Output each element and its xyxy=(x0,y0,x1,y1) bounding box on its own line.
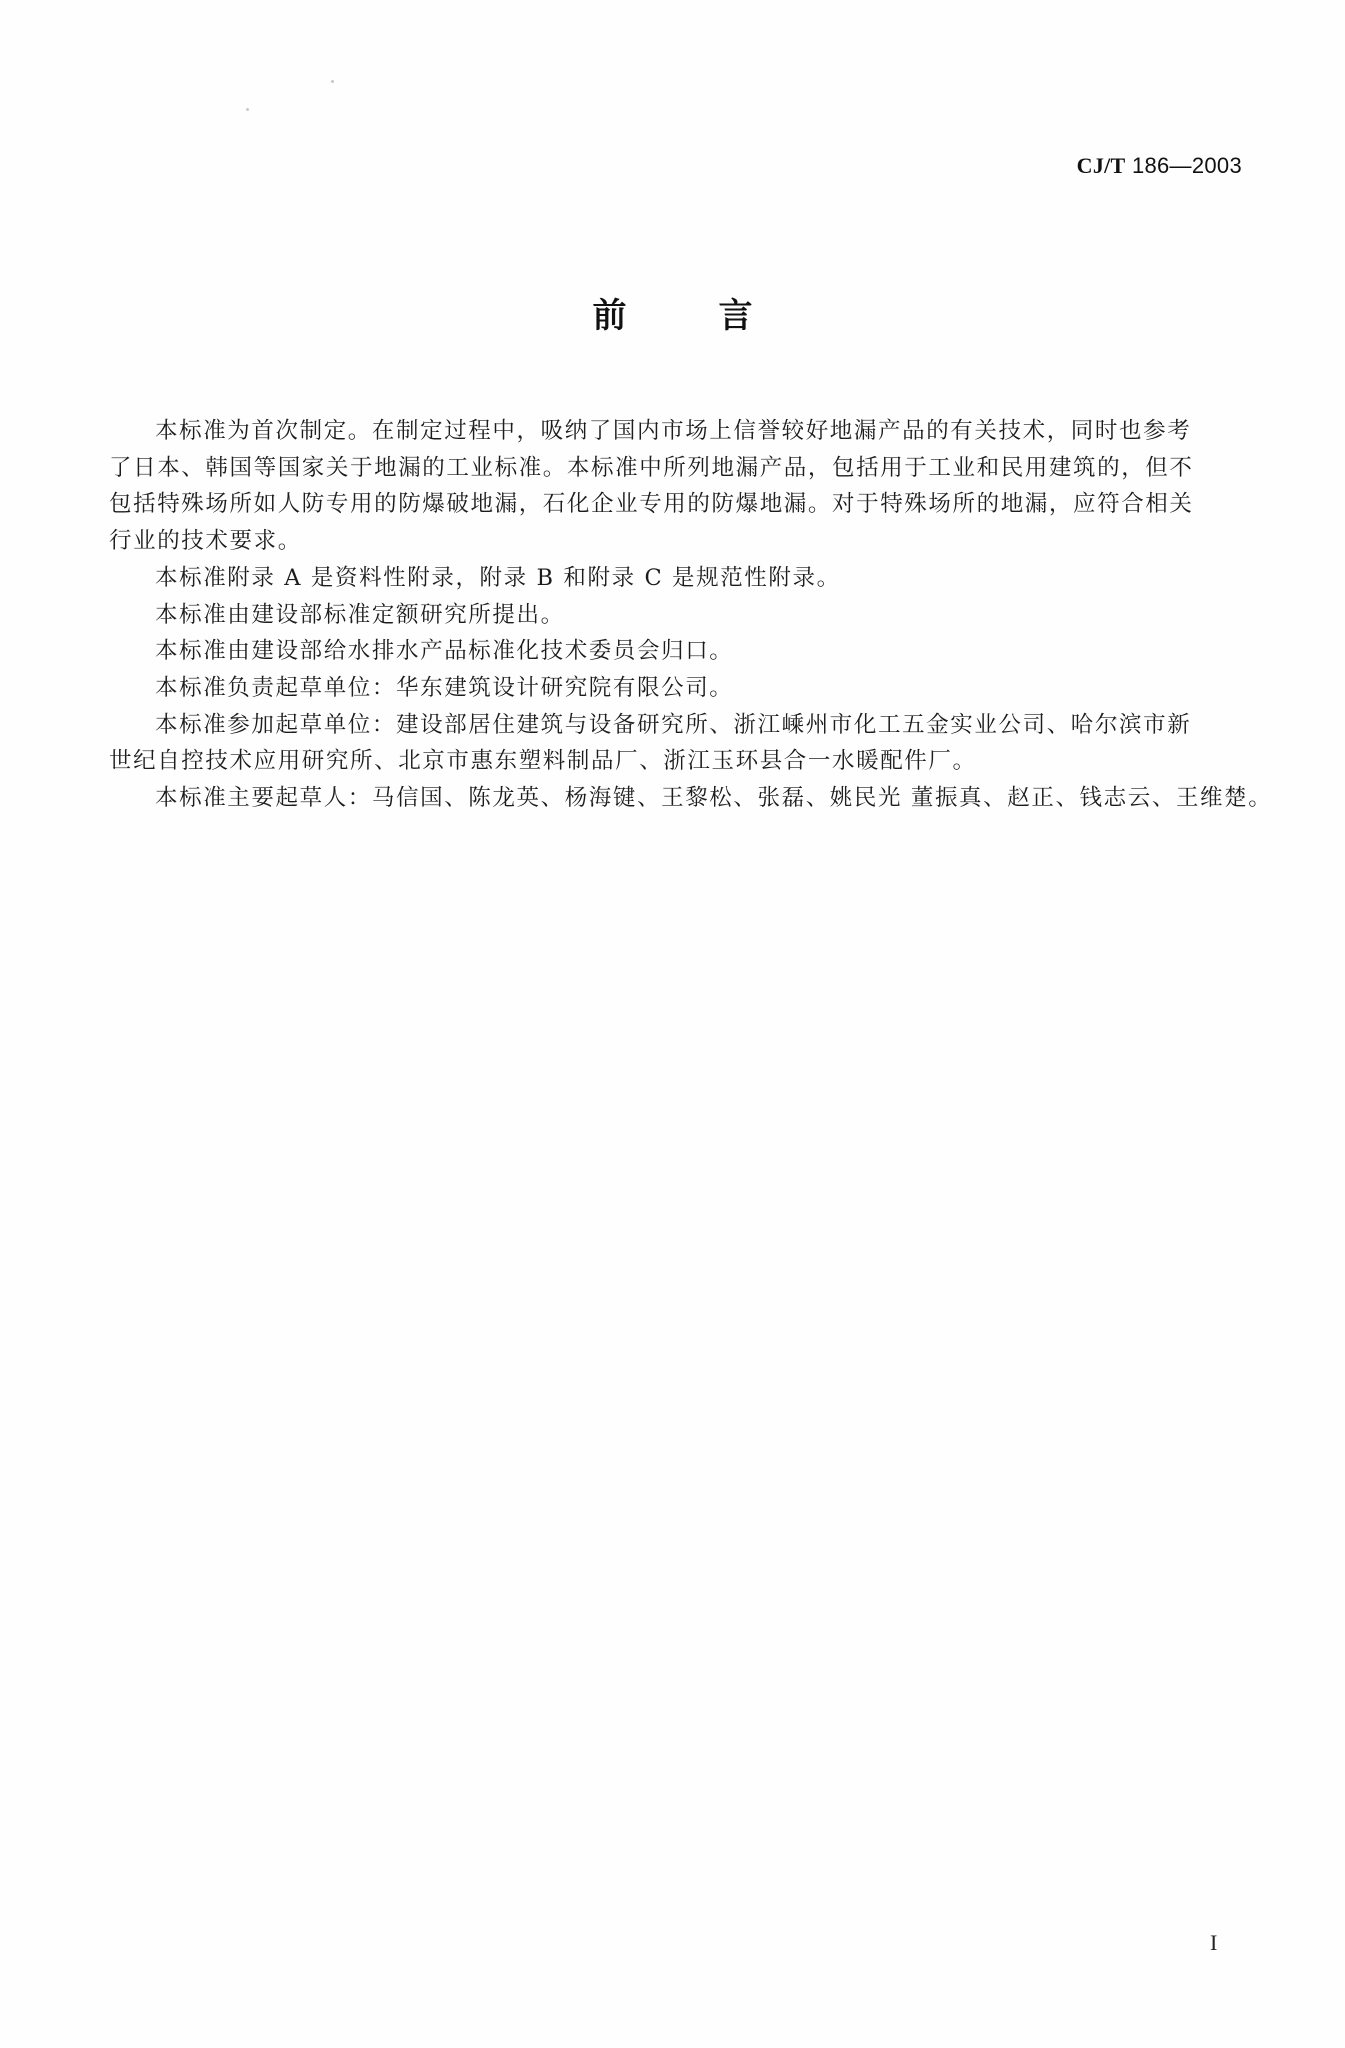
text-line: 世纪自控技术应用研究所、北京市惠东塑料制品厂、浙江玉环县合一水暖配件厂。 xyxy=(109,743,1244,780)
text-line: 本标准主要起草人：马信国、陈龙英、杨海键、王黎松、张磊、姚民光 董振真、赵正、钱… xyxy=(109,780,1244,817)
text-line: 本标准由建设部标准定额研究所提出。 xyxy=(109,597,1244,634)
text-line: 本标准负责起草单位：华东建筑设计研究院有限公司。 xyxy=(109,670,1244,707)
paragraph-administrator: 本标准由建设部给水排水产品标准化技术委员会归口。 xyxy=(109,633,1244,670)
page-title: 前言 xyxy=(0,288,1345,337)
paragraph-appendices: 本标准附录 A 是资料性附录，附录 B 和附录 C 是规范性附录。 xyxy=(109,560,1244,597)
scan-speck xyxy=(331,80,334,83)
standard-code: CJ/T 186—2003 xyxy=(1077,153,1242,179)
text-line: 了日本、韩国等国家关于地漏的工业标准。本标准中所列地漏产品，包括用于工业和民用建… xyxy=(109,450,1244,487)
text-line: 本标准附录 A 是资料性附录，附录 B 和附录 C 是规范性附录。 xyxy=(109,560,1244,597)
foreword-body: 本标准为首次制定。在制定过程中，吸纳了国内市场上信誉较好地漏产品的有关技术，同时… xyxy=(109,413,1244,817)
title-char-1: 前 xyxy=(593,288,627,337)
paragraph-main-drafters: 本标准主要起草人：马信国、陈龙英、杨海键、王黎松、张磊、姚民光 董振真、赵正、钱… xyxy=(109,780,1244,817)
text-line: 本标准参加起草单位：建设部居住建筑与设备研究所、浙江嵊州市化工五金实业公司、哈尔… xyxy=(109,707,1244,744)
text-line: 本标准由建设部给水排水产品标准化技术委员会归口。 xyxy=(109,633,1244,670)
paragraph-lead-drafter: 本标准负责起草单位：华东建筑设计研究院有限公司。 xyxy=(109,670,1244,707)
paragraph-participating-drafters: 本标准参加起草单位：建设部居住建筑与设备研究所、浙江嵊州市化工五金实业公司、哈尔… xyxy=(109,707,1244,780)
scan-speck xyxy=(246,108,249,111)
text-line: 本标准为首次制定。在制定过程中，吸纳了国内市场上信誉较好地漏产品的有关技术，同时… xyxy=(109,413,1244,450)
paragraph-intro: 本标准为首次制定。在制定过程中，吸纳了国内市场上信誉较好地漏产品的有关技术，同时… xyxy=(109,413,1244,560)
text-line: 包括特殊场所如人防专用的防爆破地漏，石化企业专用的防爆地漏。对于特殊场所的地漏，… xyxy=(109,486,1244,523)
title-char-2: 言 xyxy=(719,288,753,337)
page-number: I xyxy=(1210,1930,1217,1956)
text-line: 行业的技术要求。 xyxy=(109,523,1244,560)
document-page: CJ/T 186—2003 前言 本标准为首次制定。在制定过程中，吸纳了国内市场… xyxy=(0,0,1345,2048)
paragraph-proposer: 本标准由建设部标准定额研究所提出。 xyxy=(109,597,1244,634)
standard-number: 186—2003 xyxy=(1126,153,1242,178)
standard-prefix: CJ/T xyxy=(1077,153,1126,178)
